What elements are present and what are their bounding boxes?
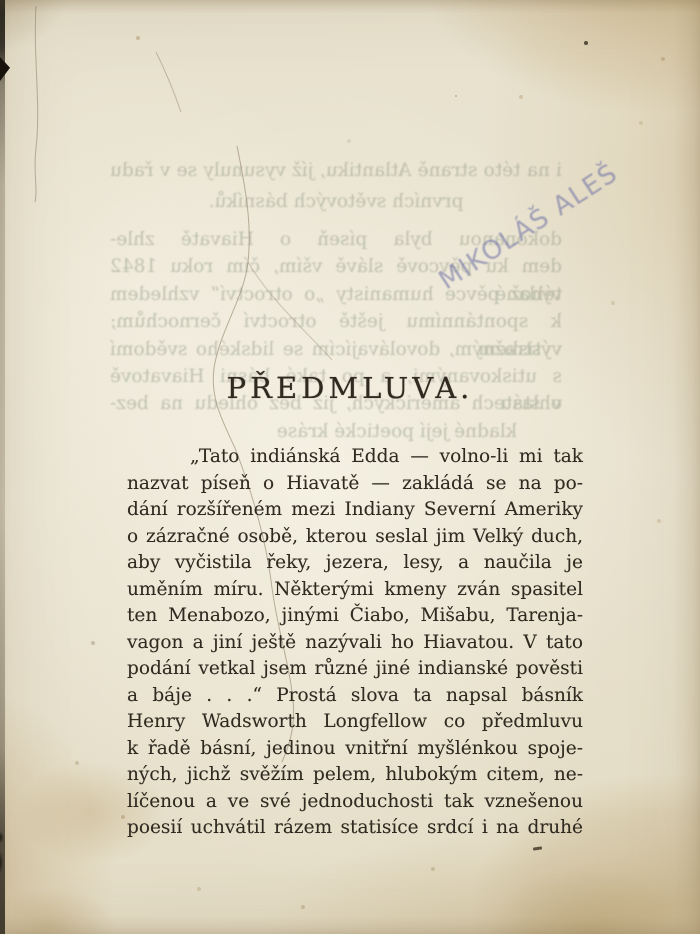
bleedthrough-line: téhož pěvce humanisty „o otroctví“ vzhle… [110,281,562,308]
crease-line [156,52,181,112]
page-title: PŘEDMLUVA. [0,371,700,405]
text-line: uměním míru. Některými kmeny zván spasit… [127,577,583,604]
text-line: nazvat píseň o Hiavatě — zakládá se na p… [127,471,583,498]
bleedthrough-line: i na této straně Atlantiku, jíž vysunuly… [110,155,562,186]
bleedthrough-line: k spontánnímu ještě otroctví černochům; … [110,308,562,335]
bleedthrough-line: výstražným, dovolávajícím se lidského sv… [110,336,562,363]
text-line: k řadě básní, jedinou vnitřní myšlénkou … [127,736,583,763]
text-line: ných, jichž svěžím pelem, hlubokým citem… [127,762,583,789]
edge-ink-marks [0,830,9,880]
bleedthrough-line: kladné její poetické kráse [110,418,562,445]
text-line: ten Menabozo, jinými Čiabo, Mišabu, Tare… [127,603,583,630]
crease-line [35,6,38,202]
text-line: aby vyčistila řeky, jezera, lesy, a nauč… [127,550,583,577]
page-edge-shadow [0,0,5,934]
preface-paragraph: „Tato indiánská Edda — volno-li mi takna… [127,444,583,842]
bleedthrough-line: prvních světových básníků. [110,186,562,217]
text-line: podání vetkal jsem různé jiné indianské … [127,656,583,683]
bleedthrough-header: i na této straně Atlantiku, jíž vysunuly… [110,155,562,217]
ink-specks [0,0,2,2]
text-line: vagon a jiní ještě nazývali ho Hiavatou.… [127,630,583,657]
text-line: o zázračné osobě, kterou seslal jim Velk… [127,524,583,551]
text-line: „Tato indiánská Edda — volno-li mi tak [127,444,583,471]
text-line: poesií uchvátil rázem statisíce srdcí i … [127,815,583,842]
text-line: líčenou a ve své jednoduchosti tak vzneš… [127,789,583,816]
text-line: Henry Wadsworth Longfellow co předmluvu [127,709,583,736]
text-line: a báje . . .“ Prostá slova ta napsal bás… [127,683,583,710]
text-line: dání rozšířeném mezi Indiany Severní Ame… [127,497,583,524]
book-page: i na této straně Atlantiku, jíž vysunuly… [0,0,700,934]
